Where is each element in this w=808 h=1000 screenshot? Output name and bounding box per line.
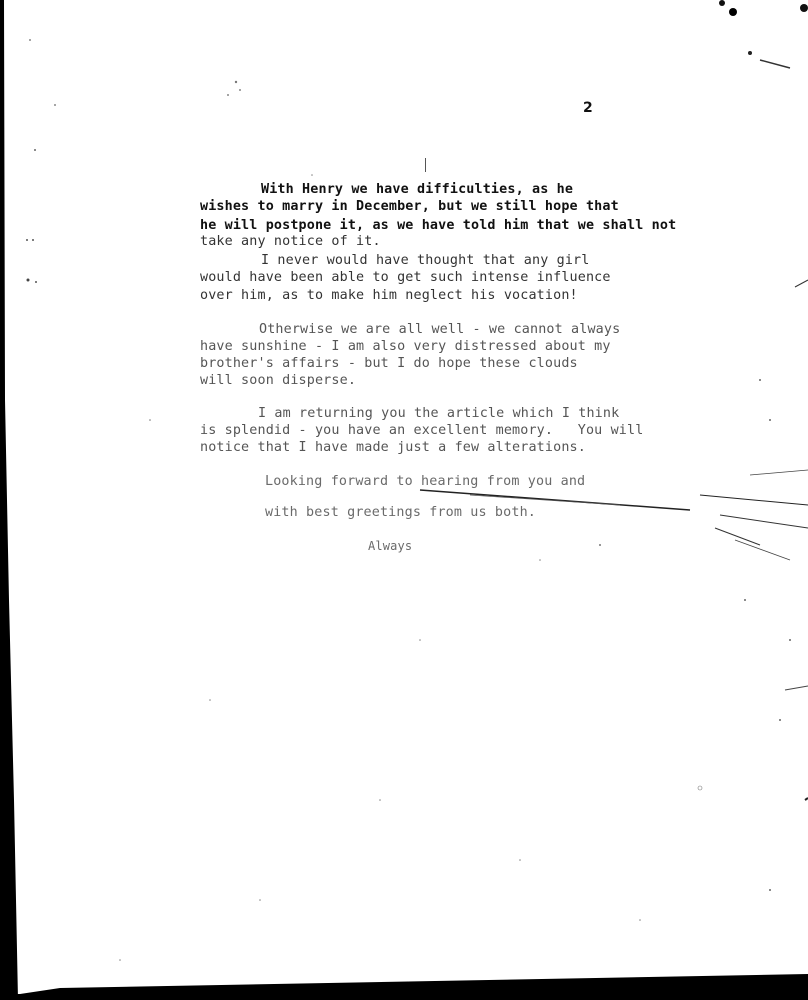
text-line: Looking forward to hearing from you and — [265, 473, 585, 490]
text-line: would have been able to get such intense… — [200, 269, 611, 286]
scan-edge-left — [0, 0, 24, 1000]
closing-salutation: Always — [368, 538, 412, 555]
text-line: Otherwise we are all well - we cannot al… — [259, 321, 620, 338]
text-line: will soon disperse. — [200, 372, 356, 389]
text-line: he will postpone it, as we have told him… — [200, 217, 676, 234]
text-line: have sunshine - I am also very distresse… — [200, 338, 611, 355]
scanned-letter-page: 2 With Henry we have difficulties, as he… — [0, 0, 808, 1000]
text-line: I never would have thought that any girl — [261, 252, 589, 269]
scan-noise — [0, 0, 808, 1000]
text-line: take any notice of it. — [200, 233, 381, 250]
scan-edge-bottom — [0, 960, 808, 1000]
text-line: wishes to marry in December, but we stil… — [200, 198, 619, 215]
text-line: notice that I have made just a few alter… — [200, 439, 586, 456]
text-line: over him, as to make him neglect his voc… — [200, 287, 578, 304]
text-line: with best greetings from us both. — [265, 504, 536, 521]
text-line: brother's affairs - but I do hope these … — [200, 355, 578, 372]
text-line: With Henry we have difficulties, as he — [261, 181, 573, 198]
text-line: I am returning you the article which I t… — [258, 405, 619, 422]
margin-mark — [425, 158, 426, 172]
page-number: 2 — [583, 100, 593, 116]
text-line: is splendid - you have an excellent memo… — [200, 422, 643, 439]
